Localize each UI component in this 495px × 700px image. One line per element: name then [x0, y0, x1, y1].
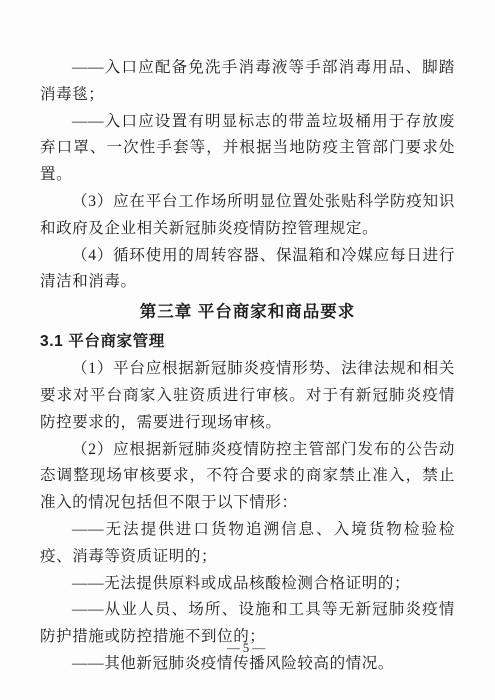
- paragraph-item-3: （3）应在平台工作场所明显位置处张贴科学防疫知识和政府及企业相关新冠肺炎疫情防控…: [40, 189, 455, 243]
- chapter-heading: 第三章 平台商家和商品要求: [40, 299, 455, 326]
- paragraph-item-2: （2）应根据新冠肺炎疫情防控主管部门发布的公告动态调整现场审核要求，不符合要求的…: [40, 437, 455, 517]
- page-number: —5—: [227, 640, 269, 655]
- page-footer: —5—: [0, 640, 495, 656]
- paragraph-dash-import-trace: ——无法提供进口货物追溯信息、入境货物检验检疫、消毒等资质证明的；: [40, 517, 455, 571]
- document-page: ——入口应配备免洗手消毒液等手部消毒用品、脚踏消毒毯； ——入口应设置有明显标志…: [0, 0, 495, 700]
- paragraph-item-4: （4）循环使用的周转容器、保温箱和冷媒应每日进行清洁和消毒。: [40, 243, 455, 297]
- paragraph-item-1: （1）平台应根据新冠肺炎疫情形势、法律法规和相关要求对平台商家入驻资质进行审核。…: [40, 356, 455, 436]
- paragraph-dash-trashbin: ——入口应设置有明显标志的带盖垃圾桶用于存放废弃口罩、一次性手套等，并根据当地防…: [40, 109, 455, 189]
- section-heading: 3.1 平台商家管理: [40, 328, 455, 355]
- document-body: ——入口应配备免洗手消毒液等手部消毒用品、脚踏消毒毯； ——入口应设置有明显标志…: [40, 55, 455, 678]
- paragraph-dash-nucleic-acid: ——无法提供原料或成品核酸检测合格证明的；: [40, 571, 455, 598]
- paragraph-dash-disinfectant: ——入口应配备免洗手消毒液等手部消毒用品、脚踏消毒毯；: [40, 55, 455, 109]
